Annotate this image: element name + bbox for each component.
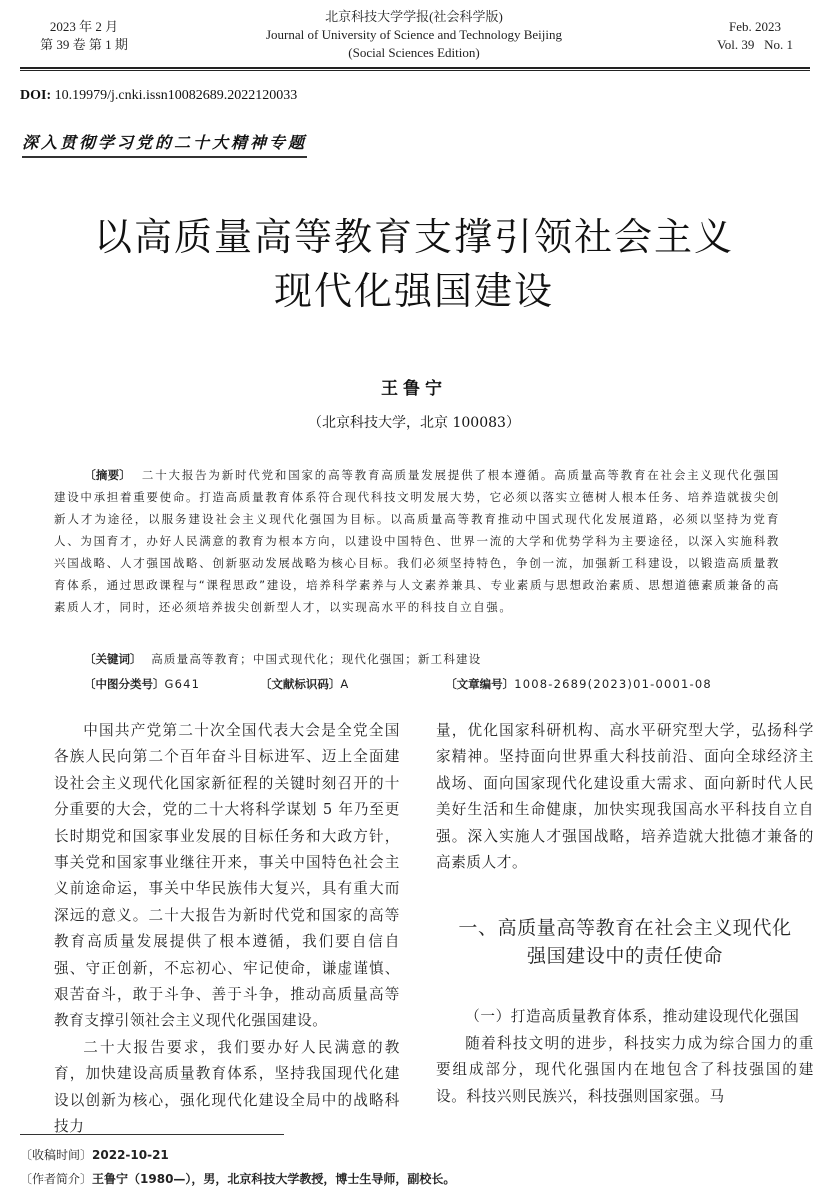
doi-value[interactable]: 10.19979/j.cnki.issn10082689.2022120033 — [51, 88, 297, 103]
abstract-text: 二十大报告为新时代党和国家的高等教育高质量发展提供了根本遵循。高质量高等教育在社… — [54, 468, 780, 614]
doi-label: DOI: — [20, 88, 51, 103]
journal-title-cn: 北京科技大学学报(社会科学版) — [214, 8, 614, 26]
article-title-line2: 现代化强国建设 — [30, 264, 798, 318]
footnote-author: 〔作者简介〕王鲁宁（1980—），男，北京科技大学教授，博士生导师，副校长。 — [20, 1170, 455, 1187]
received-value: 2022-10-21 — [92, 1148, 169, 1162]
clc-value: G641 — [165, 677, 201, 691]
abstract-label: 〔摘要〕 — [84, 468, 131, 482]
received-label: 〔收稿时间〕 — [20, 1148, 92, 1162]
section-heading-line1: 一、高质量高等教育在社会主义现代化 — [436, 914, 814, 942]
section-heading: 一、高质量高等教育在社会主义现代化 强国建设中的责任使命 — [436, 914, 814, 970]
doc-code-value: A — [340, 677, 349, 691]
body-paragraph: 随着科技文明的进步，科技实力成为综合国力的重要组成部分，现代化强国内在地包含了科… — [436, 1031, 814, 1110]
subsection-heading: （一）打造高质量教育体系，推动建设现代化强国 — [436, 1004, 814, 1030]
author-bio-label: 〔作者简介〕 — [20, 1172, 92, 1186]
journal-title-en: Journal of University of Science and Tec… — [214, 26, 614, 44]
header-issue-en: Vol. 39 No. 1 — [700, 36, 810, 54]
body-paragraph-continued: 量，优化国家科研机构、高水平研究型大学，弘扬科学家精神。坚持面向世界重大科技前沿… — [436, 718, 814, 876]
footnote-rule — [20, 1134, 284, 1135]
body-paragraph: 中国共产党第二十次全国代表大会是全党全国各族人民向第二个百年奋斗目标进军、迈上全… — [54, 718, 400, 1035]
keywords-line: 〔关键词〕 高质量高等教育；中国式现代化；现代化强国；新工科建设 — [84, 651, 481, 667]
header-center: 北京科技大学学报(社会科学版) Journal of University of… — [214, 8, 614, 62]
journal-edition-en: (Social Sciences Edition) — [214, 44, 614, 62]
classification-line: 〔中图分类号〕G641 〔文献标识码〕A 〔文章编号〕1008-2689(202… — [84, 676, 784, 692]
author-bio-value: 王鲁宁（1980—），男，北京科技大学教授，博士生导师，副校长。 — [92, 1172, 455, 1186]
clc-label: 〔中图分类号〕 — [84, 677, 165, 691]
article-title-line1: 以高质量高等教育支撑引领社会主义 — [30, 210, 798, 264]
section-heading-line2: 强国建设中的责任使命 — [436, 942, 814, 970]
article-no-value: 1008-2689(2023)01-0001-08 — [514, 677, 712, 691]
header-issue-cn: 第 39 卷 第 1 期 — [34, 36, 134, 54]
footnote-received: 〔收稿时间〕2022-10-21 — [20, 1146, 169, 1163]
body-left-column: 中国共产党第二十次全国代表大会是全党全国各族人民向第二个百年奋斗目标进军、迈上全… — [54, 718, 400, 1141]
body-paragraph: 二十大报告要求，我们要办好人民满意的教育，加快建设高质量教育体系，坚持我国现代化… — [54, 1035, 400, 1141]
header-date-en: Feb. 2023 — [700, 18, 810, 36]
header-double-rule — [20, 67, 810, 71]
doc-code-label: 〔文献标识码〕 — [260, 677, 341, 691]
author-name: 王鲁宁 — [0, 374, 828, 399]
header-date-cn: 2023 年 2 月 — [34, 18, 134, 36]
article-title: 以高质量高等教育支撑引领社会主义 现代化强国建设 — [30, 210, 798, 318]
keywords-text: 高质量高等教育；中国式现代化；现代化强国；新工科建设 — [151, 652, 481, 666]
keywords-label: 〔关键词〕 — [84, 652, 142, 666]
abstract: 〔摘要〕 二十大报告为新时代党和国家的高等教育高质量发展提供了根本遵循。高质量高… — [54, 464, 780, 618]
doi-line: DOI: 10.19979/j.cnki.issn10082689.202212… — [20, 88, 297, 104]
author-affiliation: （北京科技大学，北京 100083） — [0, 412, 828, 432]
body-right-column: 量，优化国家科研机构、高水平研究型大学，弘扬科学家精神。坚持面向世界重大科技前沿… — [436, 718, 814, 1110]
header-right: Feb. 2023 Vol. 39 No. 1 — [700, 18, 810, 54]
column-tag: 深入贯彻学习党的二十大精神专题 — [22, 130, 307, 158]
header-left: 2023 年 2 月 第 39 卷 第 1 期 — [34, 18, 134, 54]
article-no-label: 〔文章编号〕 — [445, 677, 514, 691]
